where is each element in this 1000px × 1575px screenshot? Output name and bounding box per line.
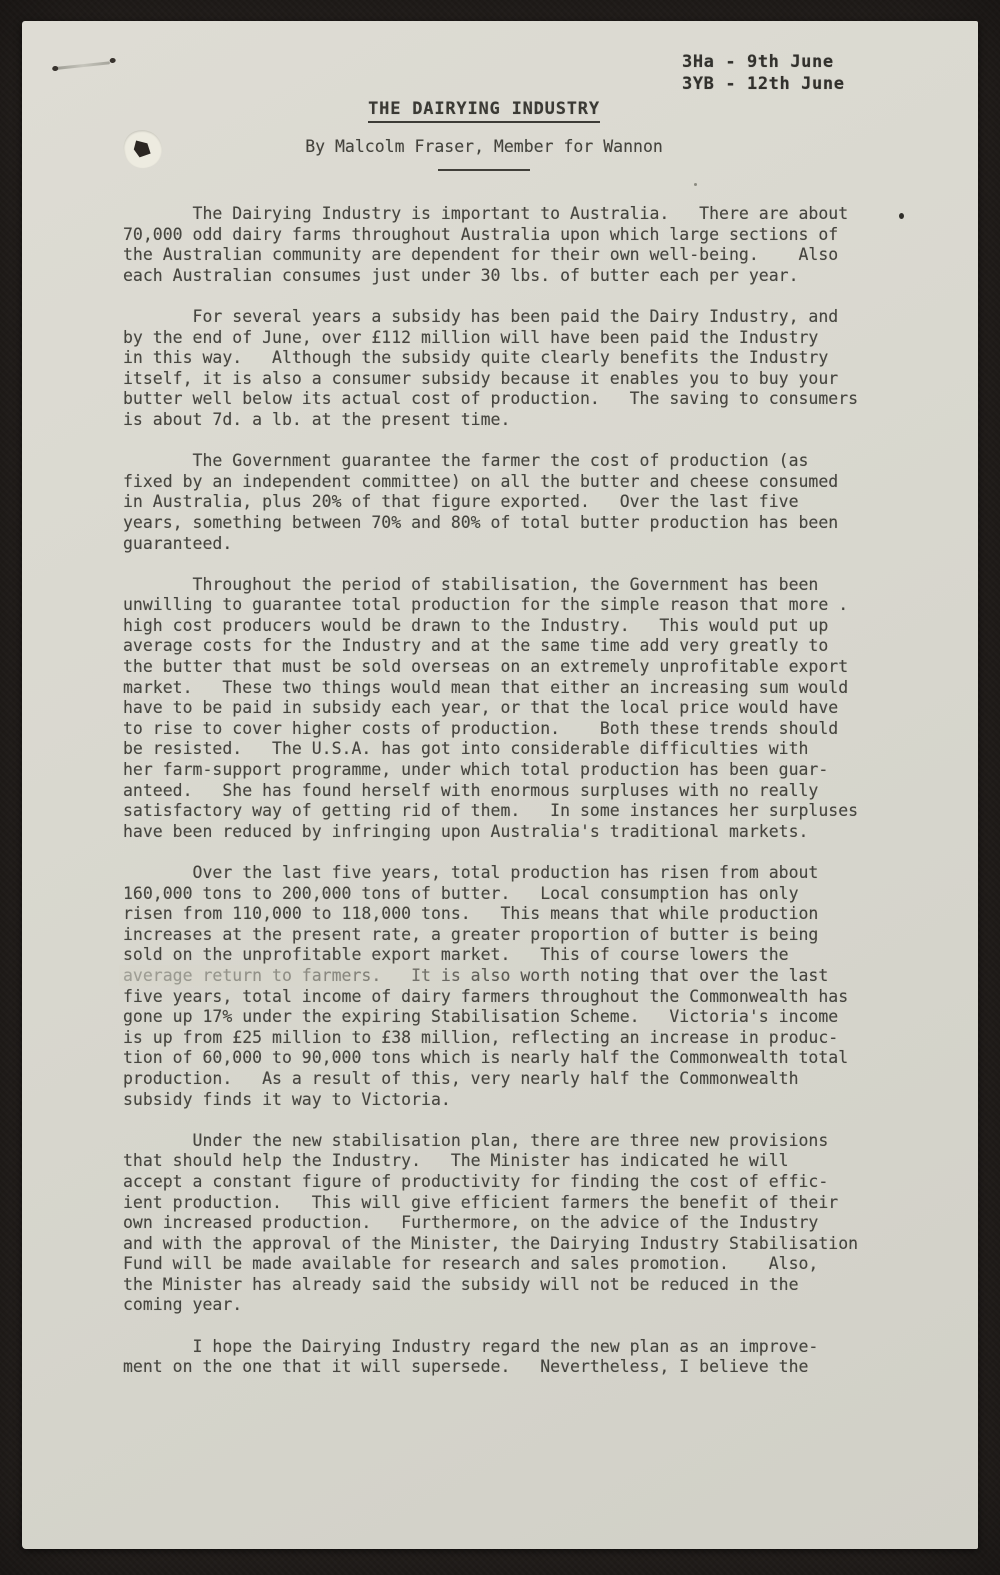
byline: By Malcolm Fraser, Member for Wannon — [22, 137, 946, 156]
paragraph-5: Over the last five years, total producti… — [123, 863, 923, 1110]
ink-speck-small — [694, 183, 697, 186]
page-title: THE DAIRYING INDUSTRY — [368, 99, 600, 123]
paragraph-7: I hope the Dairying Industry regard the … — [123, 1337, 923, 1378]
paragraph-6: Under the new stabilisation plan, there … — [123, 1131, 923, 1316]
staple-hole-left — [52, 66, 58, 72]
staple-wire — [56, 61, 110, 70]
paragraph-3: The Government guarantee the farmer the … — [123, 451, 923, 554]
staple-hole-right — [109, 58, 115, 64]
faded-ink-region — [119, 965, 619, 986]
document-heading: THE DAIRYING INDUSTRY By Malcolm Fraser,… — [22, 99, 946, 171]
ink-speck — [899, 213, 904, 219]
paragraph-2: For several years a subsidy has been pai… — [123, 307, 923, 431]
staple-mark — [51, 54, 116, 77]
document-page: 3Ha - 9th June 3YB - 12th June THE DAIRY… — [22, 21, 978, 1549]
paragraph-1: The Dairying Industry is important to Au… — [123, 204, 923, 286]
divider-rule — [438, 169, 530, 171]
document-body: The Dairying Industry is important to Au… — [123, 204, 923, 1378]
paragraph-4: Throughout the period of stabilisation, … — [123, 575, 923, 843]
broadcast-schedule: 3Ha - 9th June 3YB - 12th June — [682, 51, 845, 95]
photo-backdrop: 3Ha - 9th June 3YB - 12th June THE DAIRY… — [0, 0, 1000, 1575]
